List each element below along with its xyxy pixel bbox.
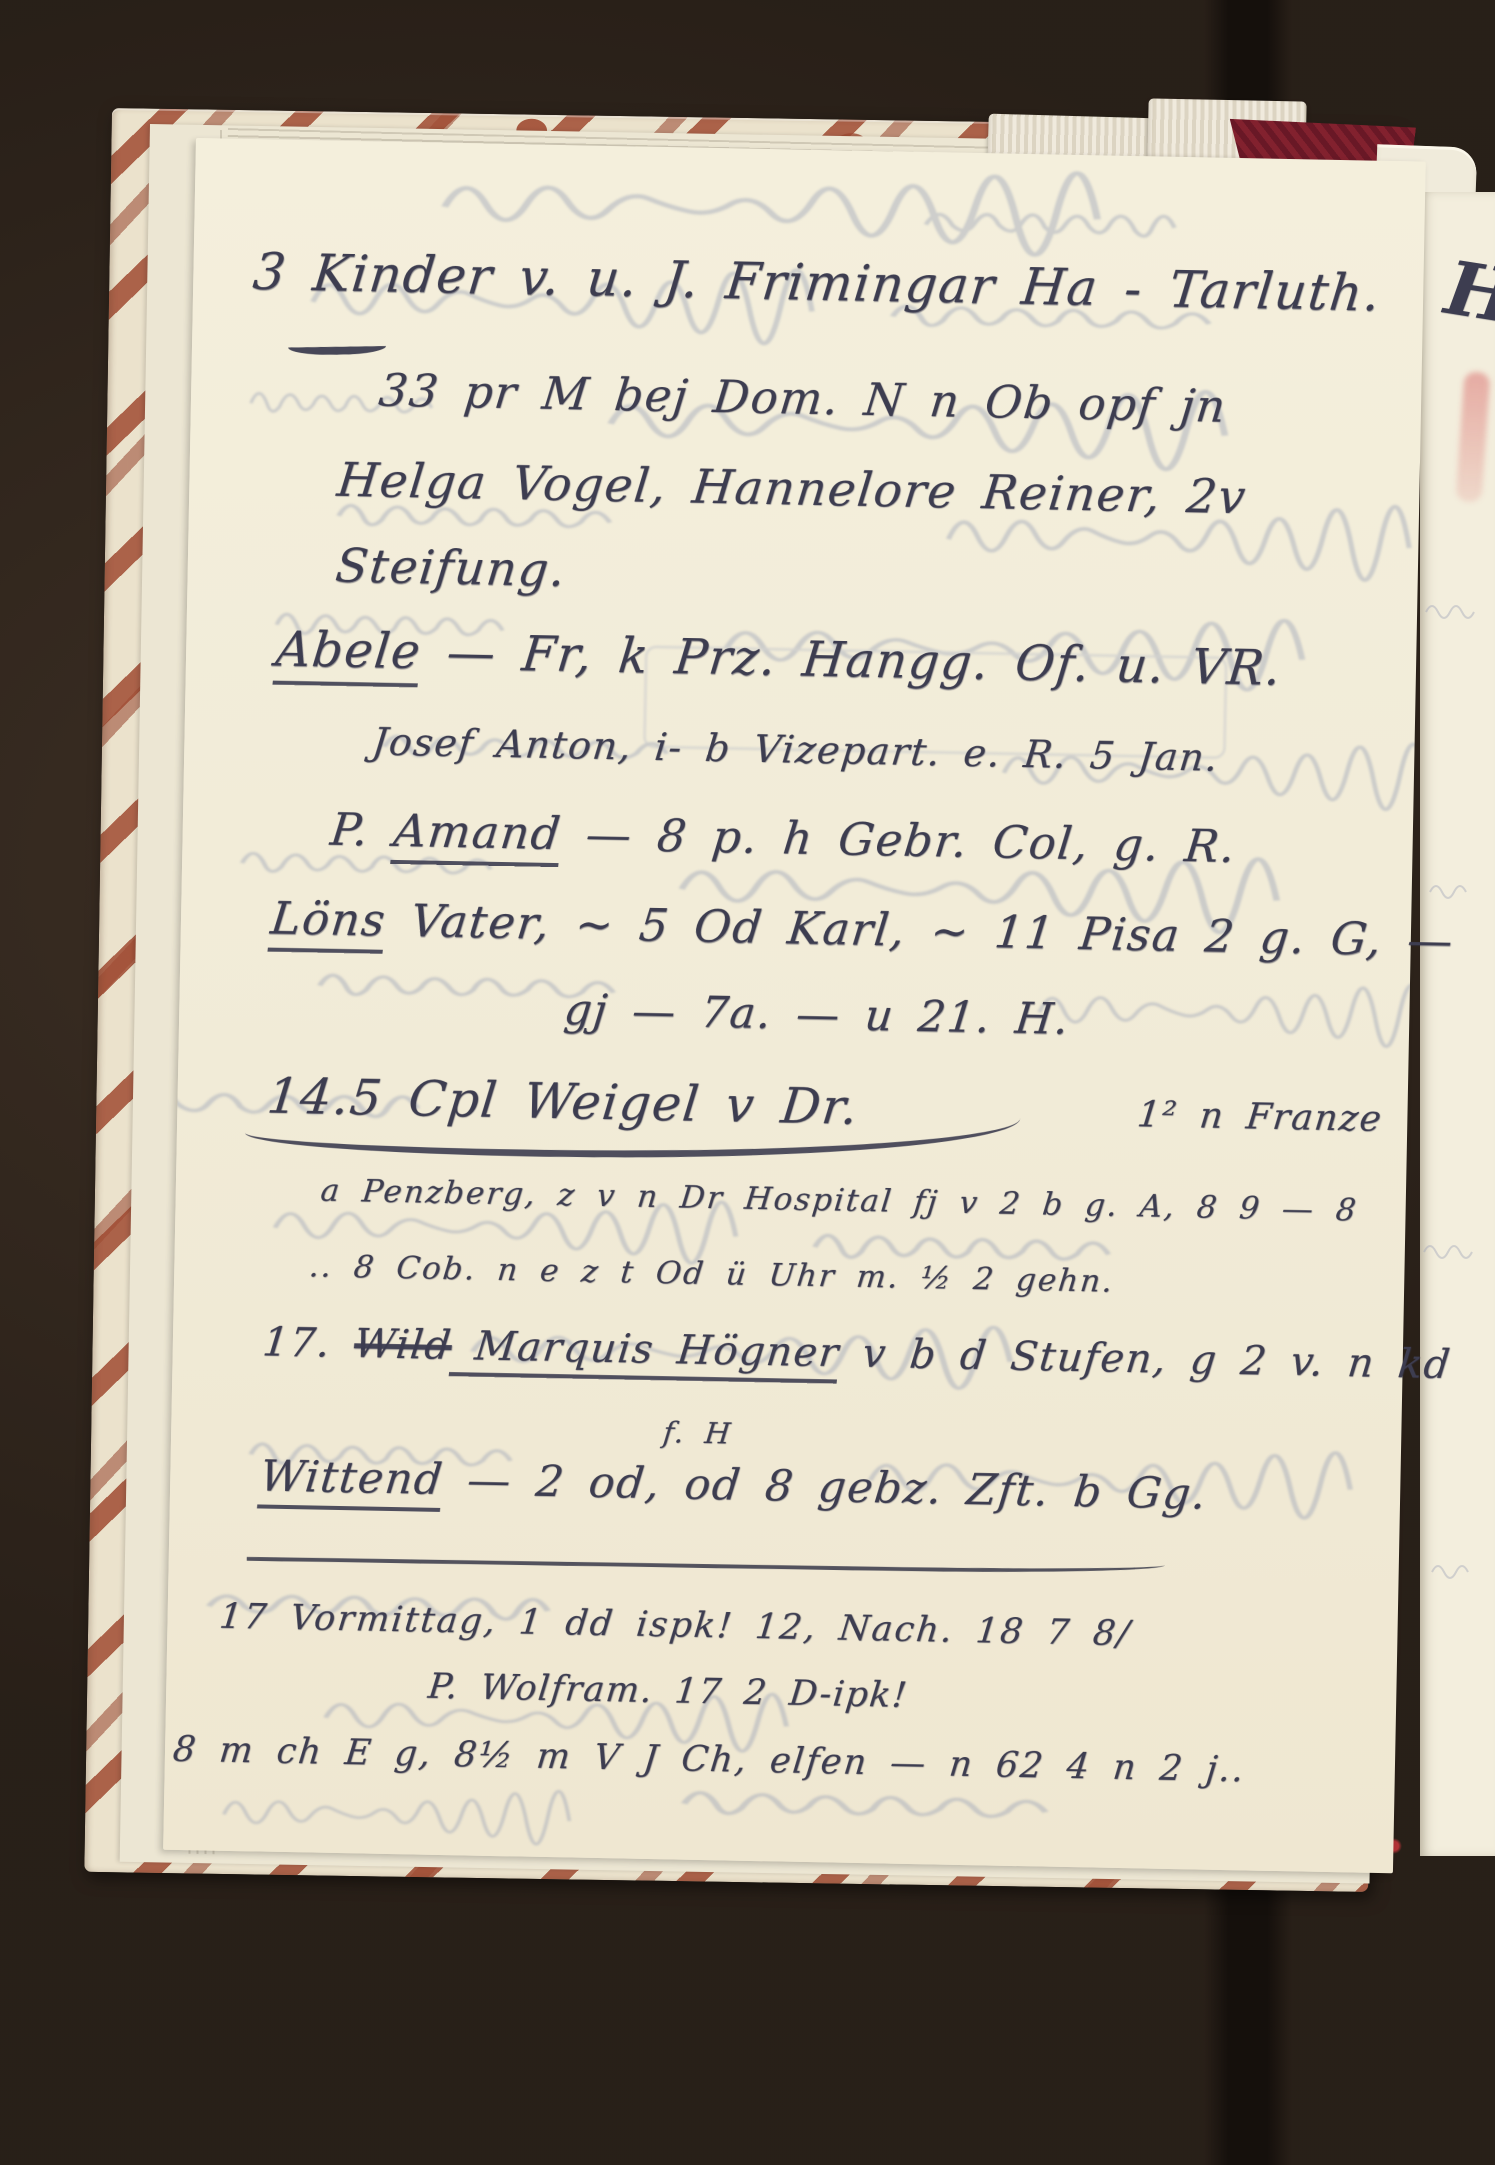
handwritten-text: f. H: [661, 1415, 733, 1450]
handwritten-text: P.: [328, 803, 397, 857]
handwritten-text: P. Wolfram.: [426, 1667, 655, 1711]
handwritten-text: Steifung.: [333, 539, 569, 598]
handwritten-line: 1² n Franze: [1135, 1094, 1384, 1140]
handwritten-text: 1² n Franze: [1135, 1094, 1384, 1140]
handwritten-line: Steifung.: [333, 539, 569, 598]
underlined-word: Amand: [390, 804, 564, 867]
handwritten-text: gj — 7a. — u 21. H.: [562, 985, 1073, 1045]
underlined-word: Wittend: [257, 1452, 446, 1512]
handwritten-text: 17.: [260, 1320, 356, 1368]
handwritten-text: 17 2 D-ipk!: [651, 1671, 910, 1716]
next-page-fragment: H: [1420, 192, 1495, 1856]
underlined-word: Marquis Högner: [449, 1323, 842, 1383]
underlined-word: Abele: [272, 622, 424, 688]
underlined-word: Löns: [267, 892, 388, 954]
handwritten-insertion: f. H: [661, 1415, 733, 1450]
photograph-backdrop: H: [0, 0, 1495, 2165]
handwritten-line: gj — 7a. — u 21. H.: [562, 985, 1073, 1045]
notebook-page: 3 Kinder v. u. J. Frimingar Ha - Tarluth…: [163, 138, 1426, 1873]
struck-word: Wild: [352, 1321, 454, 1369]
